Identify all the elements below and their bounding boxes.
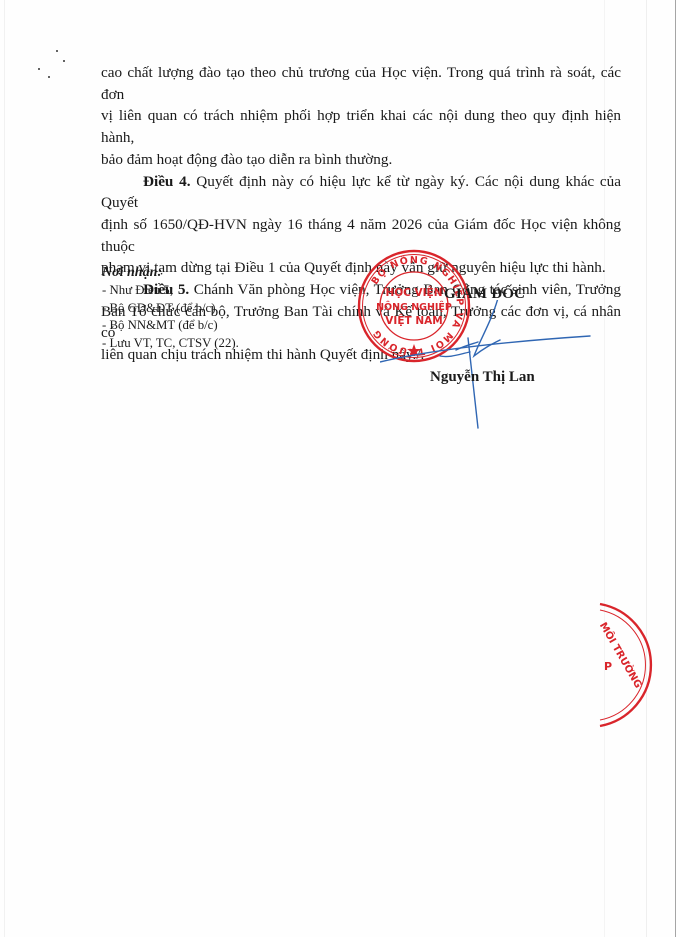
recipients-title: Nơi nhận: xyxy=(102,264,239,281)
recipient-item: - Lưu VT, TC, CTSV (22). xyxy=(102,335,239,352)
partial-seal-text: MÔI TRƯỜNG xyxy=(597,620,645,690)
page-crease xyxy=(646,0,647,937)
article-4: Điều 4. Quyết định này có hiệu lực kể từ… xyxy=(101,171,621,214)
partial-seal-mark: P xyxy=(604,660,612,673)
page-edge-right xyxy=(675,0,676,937)
seal-line-1: HỌC VIỆN xyxy=(385,286,442,299)
article-4-label: Điều 4. xyxy=(143,173,191,190)
document-page: cao chất lượng đào tạo theo chủ trương c… xyxy=(0,0,680,937)
recipient-item: - Bộ NN&MT (để b/c) xyxy=(102,317,239,334)
scan-specks xyxy=(30,48,70,88)
page-edge-left xyxy=(4,0,5,937)
body-line: bảo đảm hoạt động đào tạo diễn ra bình t… xyxy=(101,149,621,171)
recipients-block: Nơi nhận: - Như Điều 5; - Bộ GD&ĐT (để b… xyxy=(102,264,239,352)
body-line: vị liên quan có trách nhiệm phối hợp tri… xyxy=(101,105,621,148)
recipient-item: - Bộ GD&ĐT (để b/c) xyxy=(102,300,239,317)
recipients-list: - Như Điều 5; - Bộ GD&ĐT (để b/c) - Bộ N… xyxy=(102,282,239,352)
signature-icon xyxy=(380,300,600,430)
recipient-item: - Như Điều 5; xyxy=(102,282,239,299)
signer-name: Nguyễn Thị Lan xyxy=(430,369,535,386)
partial-seal-icon: MÔI TRƯỜNG P xyxy=(592,600,672,730)
body-line: cao chất lượng đào tạo theo chủ trương c… xyxy=(101,62,621,105)
